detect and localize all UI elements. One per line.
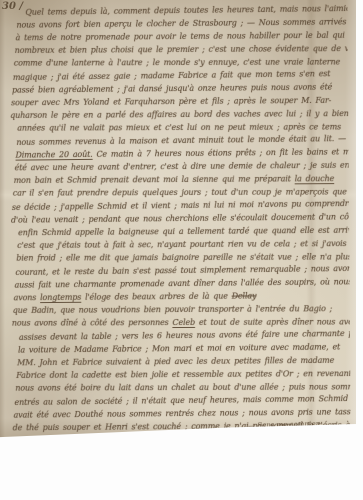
line-text: années qu'il ne valait pas mieux et c'es…: [17, 122, 341, 132]
line-text: comme d'une lanterne à l'autre ; le mond…: [14, 57, 340, 67]
letter-body: Quel tems depuis là, comment depuis tout…: [9, 3, 350, 435]
line-text: enfin Schmid appelle la baigneuse qui a …: [18, 226, 349, 238]
line-text: mon bain et Schmid prenait devant moi la…: [14, 174, 295, 185]
underlined-word: Dimanche 20 août.: [15, 150, 92, 160]
underlined-word: longtemps: [40, 293, 81, 302]
line-text: quharson le père en a parlé des affaires…: [10, 109, 348, 120]
line-text: souper avec Mrs Yoland et Farquharson pè…: [11, 96, 331, 108]
letter-page: 30 / Quel tems depuis là, comment depuis…: [0, 0, 356, 438]
line-text: et tout de suite après dîner nous avons …: [195, 317, 350, 327]
line-text: la voiture de Madame Fabrice ; Mon mari …: [18, 342, 340, 354]
line-text: Ce matin à 7 heures nous étions prêts ; …: [93, 147, 349, 159]
line-text: été avec une heure avant d'entrer, c'est…: [15, 160, 349, 172]
line-text: passé bien agréablement ; j'ai dansé jus…: [12, 82, 332, 94]
closing-note: — Sans me compter.: [248, 420, 321, 430]
line-text: nombreux et bien plus choisi que le prem…: [15, 44, 348, 55]
line-text: avait été avec Douthé nous sommes rentré…: [13, 407, 350, 419]
line-text: d'où l'eau venait ; pendant que nous che…: [11, 212, 349, 224]
line-text: car il s'en faut prendre depuis quelques…: [13, 187, 349, 197]
line-text: bien froid ; elle me dit que jamais baig…: [16, 252, 349, 262]
line-text: MM. John et Fabrice suivaient à pied ave…: [17, 356, 334, 367]
line-text: Fabrice dont la cadette est bien jolie e…: [16, 369, 350, 380]
line-text: Quel tems depuis là, comment depuis tout…: [25, 3, 347, 17]
letter-scan: 30 / Quel tems depuis là, comment depuis…: [0, 0, 363, 500]
line-text: que Badin, que nous voudrions bien pouvo…: [13, 304, 333, 315]
underlined-word: la douche: [295, 174, 335, 183]
underlined-word: Celeb: [172, 318, 195, 327]
line-text: avons: [14, 293, 41, 302]
line-text: nous avons été boire du lait dans un cha…: [15, 382, 350, 392]
struck-word: Dellay: [232, 291, 257, 300]
line-text: nous avons dîné à côté des personnes: [12, 318, 173, 328]
line-text: nous avons fort bien aperçu le clocher d…: [16, 17, 347, 30]
line-text: aussi fait une charmante promenade avant…: [14, 277, 349, 289]
line-text: à tems de notre promenade pour avoir le …: [16, 30, 348, 42]
line-text: l'éloge des beaux arbres de là que: [81, 292, 232, 302]
line-text: c'est que j'étais tout à fait à sec, n'a…: [17, 239, 346, 250]
